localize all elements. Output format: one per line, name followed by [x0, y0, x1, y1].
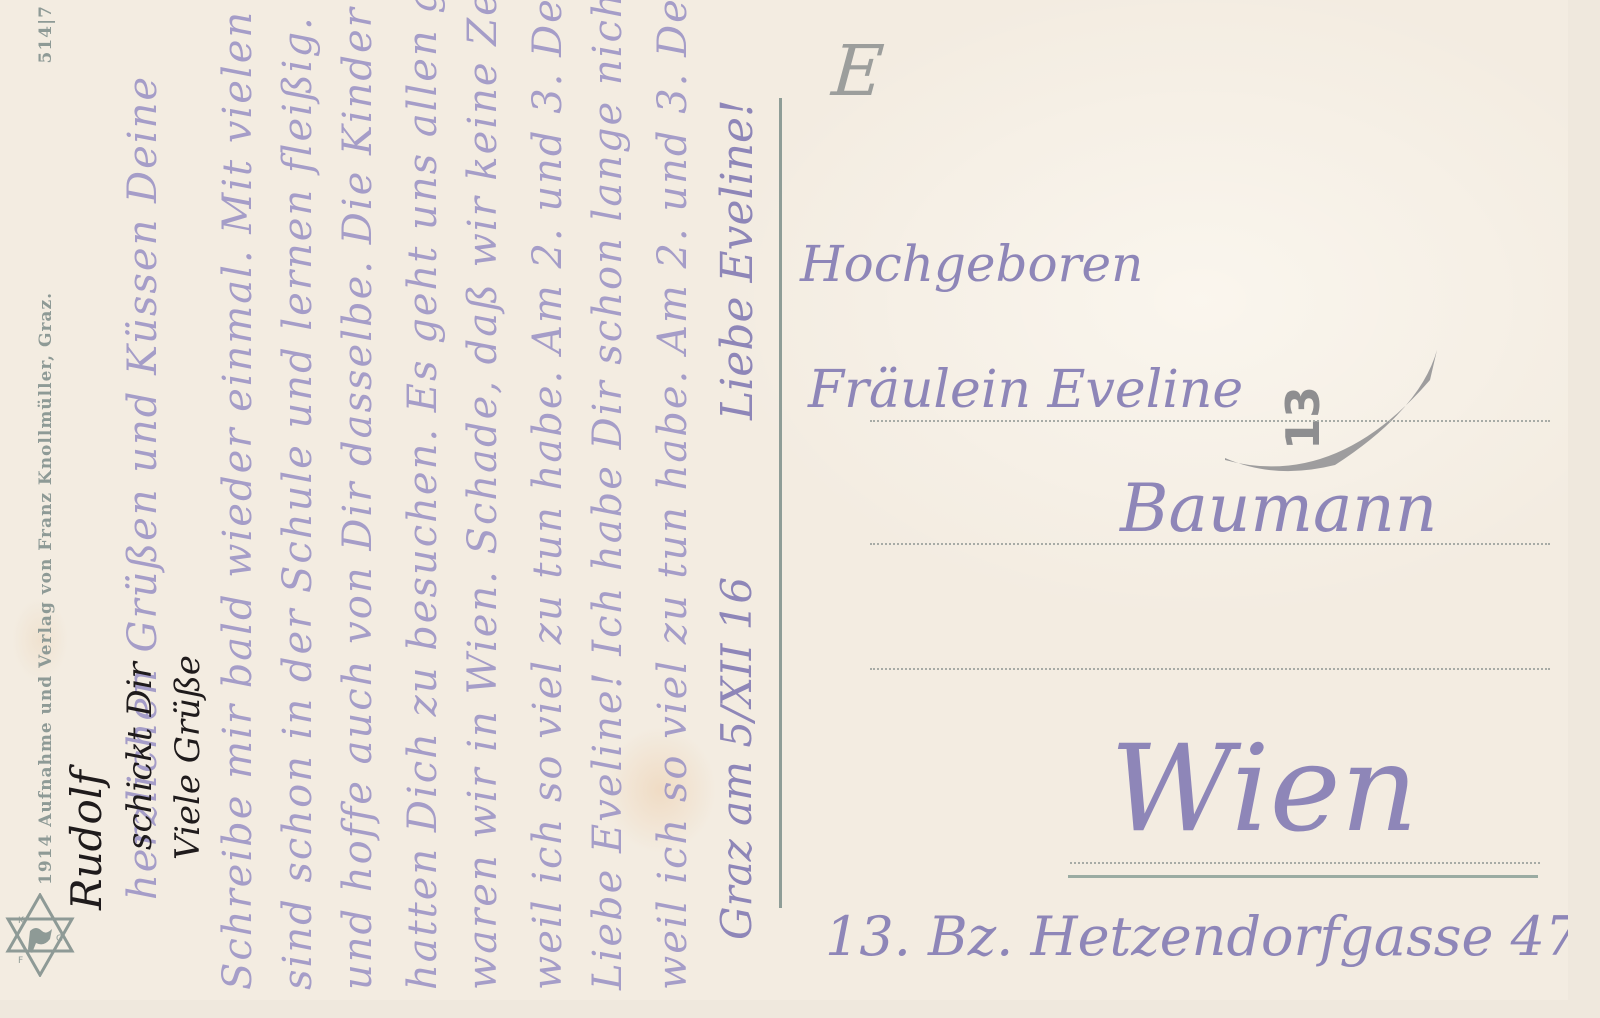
address-surname: Baumann	[1120, 470, 1437, 547]
address-line-4	[1070, 862, 1540, 864]
postmark-icon: 13	[1215, 340, 1455, 480]
message-greeting: Liebe Eveline!	[712, 99, 763, 420]
svg-text:13: 13	[1276, 386, 1330, 450]
message-line: Schreibe mir bald wieder einmal. Mit vie…	[215, 10, 261, 990]
publisher-imprint: 1914 Aufnahme und Verlag von Franz Knoll…	[36, 5, 56, 885]
imprint-text: 1914 Aufnahme und Verlag von Franz Knoll…	[36, 292, 56, 885]
pencil-mark: E	[821, 30, 894, 112]
address-recipient: Fräulein Eveline	[808, 360, 1243, 420]
svg-text:G: G	[56, 934, 63, 944]
message-line: und hoffe auch von Dir dasselbe. Die Kin…	[335, 6, 381, 990]
center-divider	[779, 98, 782, 908]
address-line-1	[870, 420, 1550, 422]
message-line: Liebe Eveline! Ich habe Dir schon lange …	[585, 0, 631, 990]
message-line: sind schon in der Schule und lernen flei…	[275, 15, 321, 990]
signature-line-2: schickt Dir	[120, 662, 160, 850]
svg-text:F: F	[18, 956, 23, 966]
message-line: weil ich so viel zu tun habe. Am 2. und …	[525, 0, 571, 990]
postcard-back: 1914 Aufnahme und Verlag von Franz Knoll…	[0, 0, 1568, 1000]
message-line: waren wir in Wien. Schade, daß wir keine…	[460, 0, 506, 990]
address-street: 13. Bz. Hetzendorfgasse 47	[825, 905, 1568, 968]
address-line-5	[1068, 875, 1538, 878]
address-city: Wien	[1110, 720, 1418, 859]
imprint-number: 514|7	[36, 5, 56, 64]
message-line: weil ich so viel zu tun habe. Am 2. und …	[650, 0, 696, 990]
signature-name: Rudolf	[62, 770, 111, 910]
address-salutation: Hochgeboren	[800, 235, 1143, 293]
message-line: hatten Dich zu besuchen. Es geht uns all…	[400, 0, 446, 990]
message-date: Graz am 5/XII 16	[712, 577, 761, 940]
address-line-3	[870, 668, 1550, 670]
signature-line-1: Viele Grüße	[168, 655, 208, 860]
